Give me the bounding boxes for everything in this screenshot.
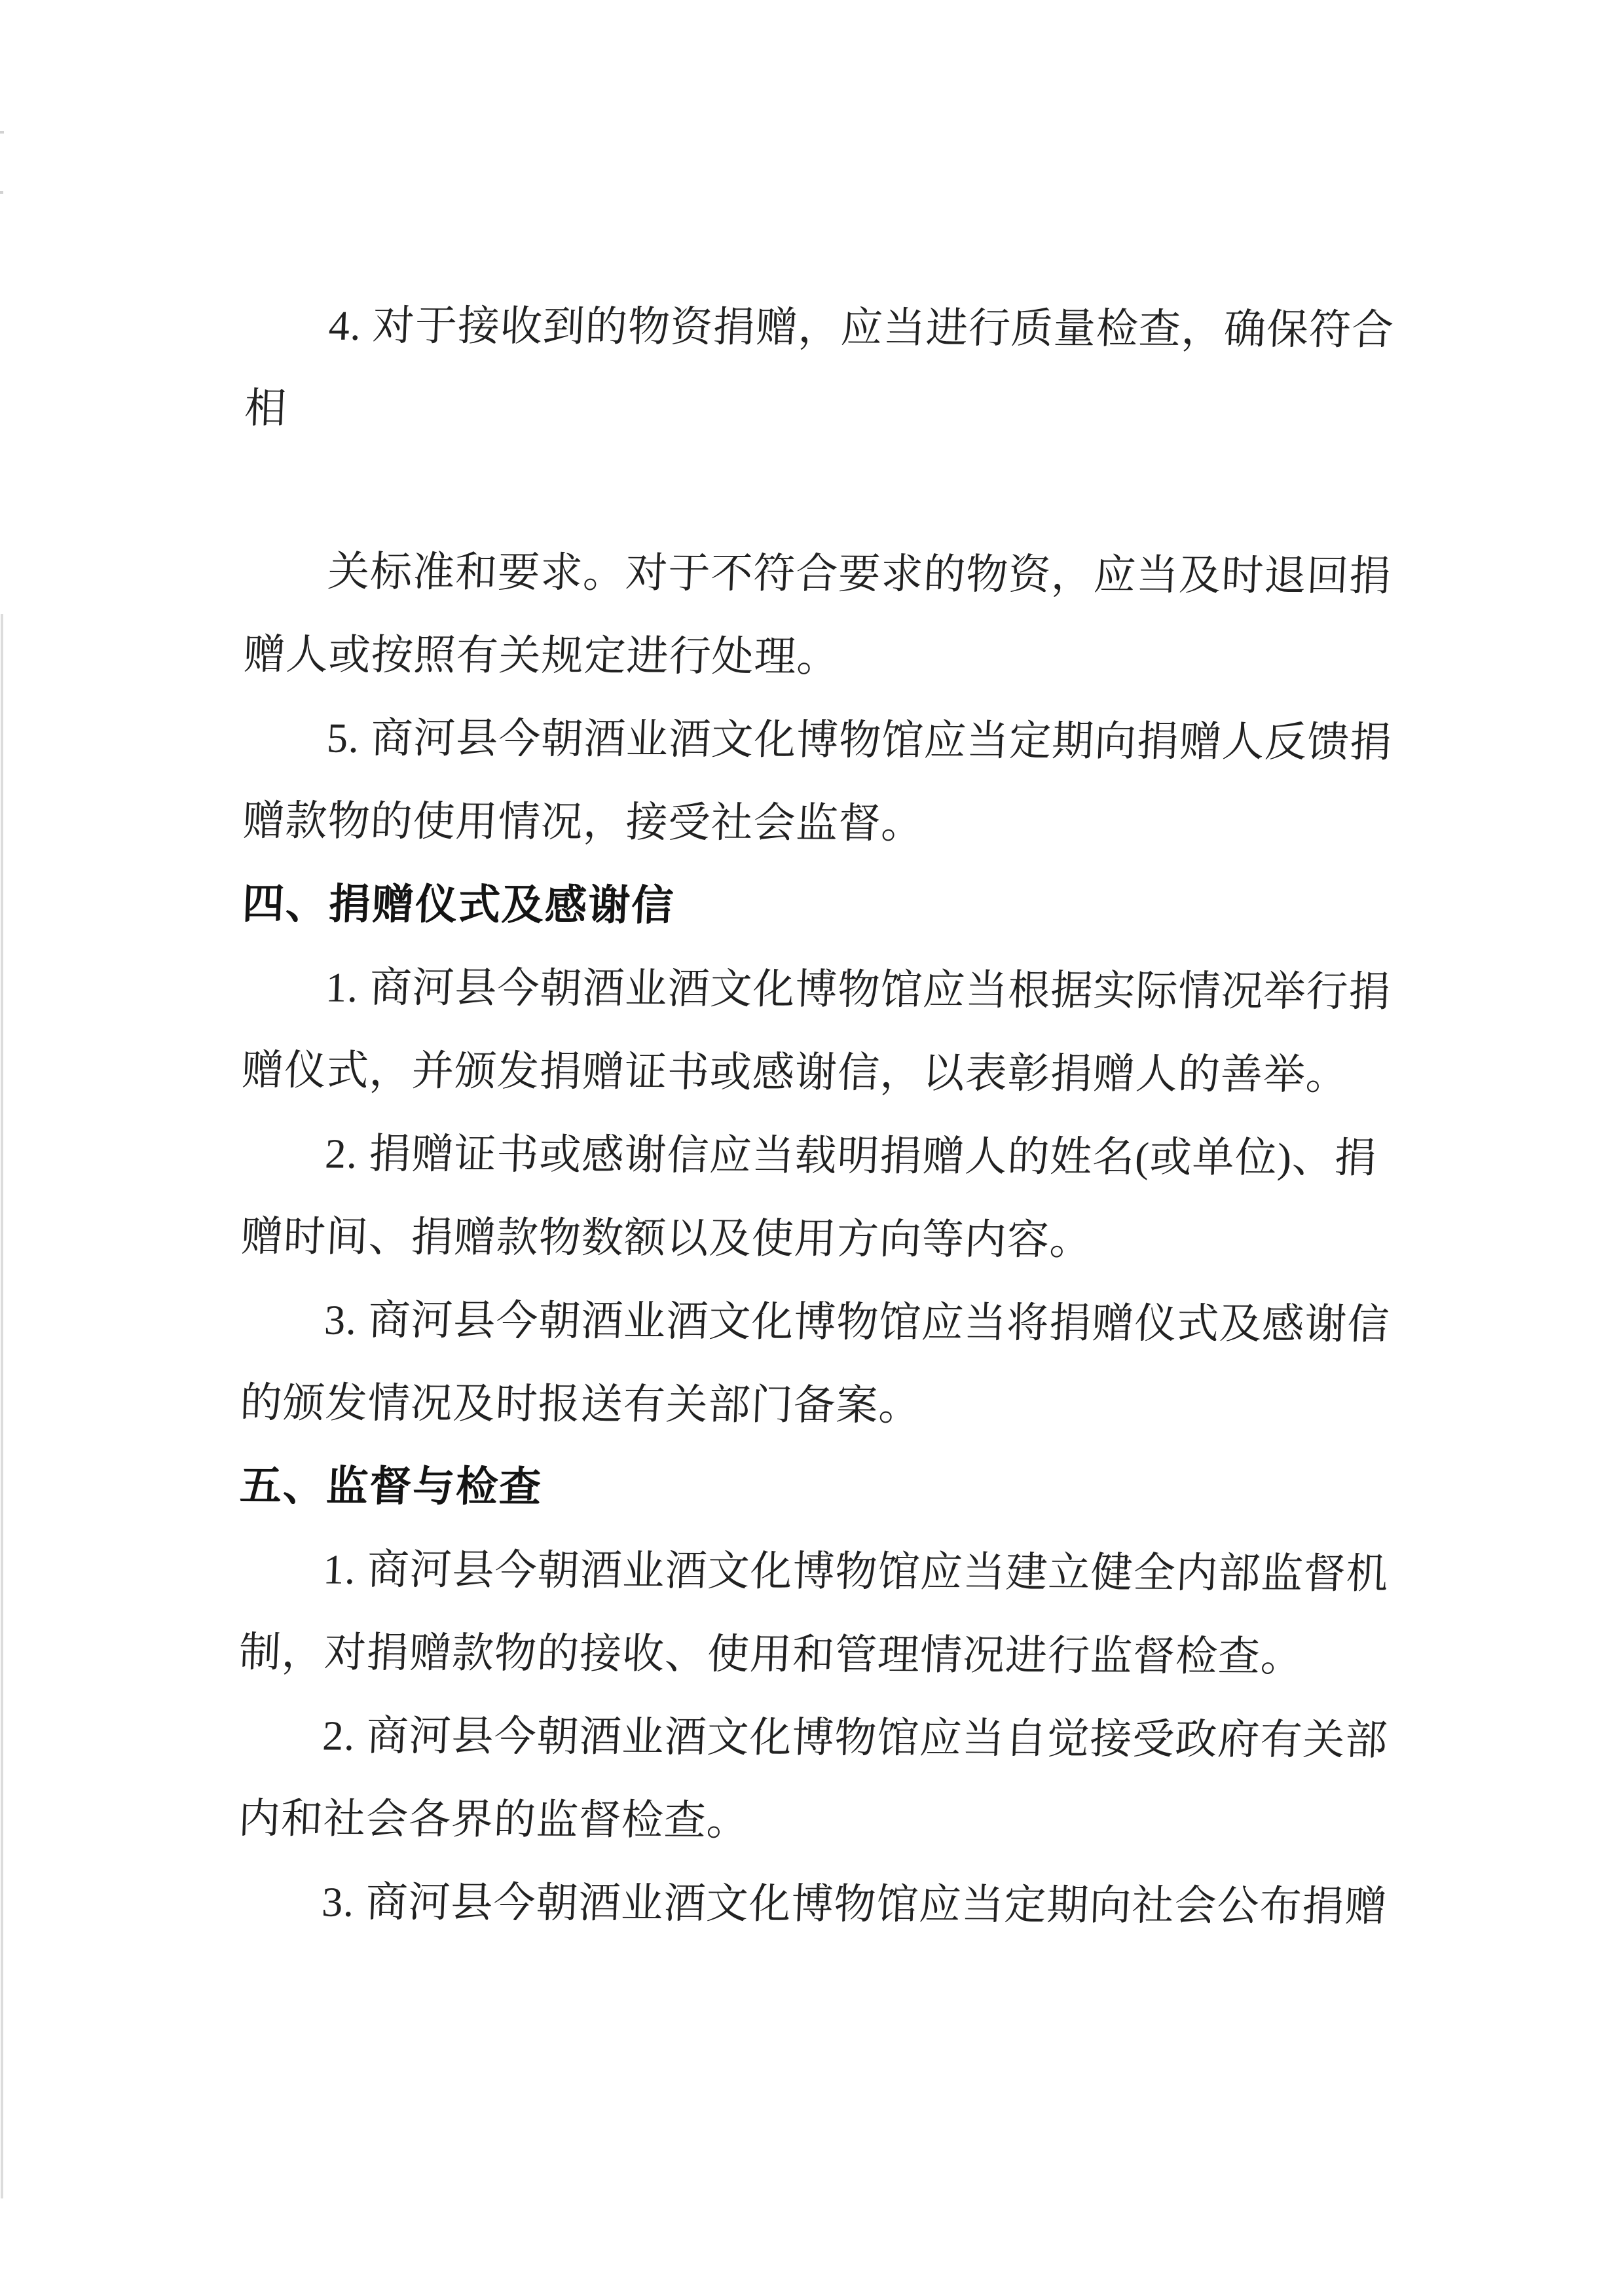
paragraph-line: 的颁发情况及时报送有关部门备案。 [238,1361,1404,1449]
paragraph-line: 4. 对于接收到的物资捐赠，应当进行质量检查，确保符合 [243,283,1409,372]
paragraph-line: 赠时间、捐赠款物数额以及使用方向等内容。 [239,1195,1405,1283]
paragraph-line: 3. 商河县今朝酒业酒文化博物馆应当定期向社会公布捐赠 [236,1860,1402,1948]
paragraph-line: 5. 商河县今朝酒业酒文化博物馆应当定期向捐赠人反馈捐 [242,696,1407,784]
paragraph-line: 1. 商河县今朝酒业酒文化博物馆应当根据实际情况举行捐 [240,945,1406,1034]
paragraph-line: 关标准和要求。对于不符合要求的物资，应当及时退回捐 [242,530,1408,618]
paragraph-line: 赠仪式，并颁发捐赠证书或感谢信，以表彰捐赠人的善举。 [240,1029,1405,1117]
paragraph-line: 赠人或按照有关规定进行处理。 [242,613,1407,701]
document-page: 4. 对于接收到的物资捐赠，应当进行质量检查，确保符合 相 关标准和要求。对于不… [0,0,1624,2296]
document-text-block: 4. 对于接收到的物资捐赠，应当进行质量检查，确保符合 相 关标准和要求。对于不… [236,283,1406,1948]
paragraph-line: 赠款物的使用情况，接受社会监督。 [241,779,1407,867]
paragraph-line: 1. 商河县今朝酒业酒文化博物馆应当建立健全内部监督机 [238,1527,1403,1616]
paragraph-line: 2. 捐赠证书或感谢信应当载明捐赠人的姓名(或单位)、捐 [240,1112,1405,1200]
paragraph-line: 制，对捐赠款物的接收、使用和管理情况进行监督检查。 [238,1611,1403,1699]
section-heading-5: 五、监督与检查 [238,1444,1404,1533]
scan-speck [0,131,4,134]
paragraph-line: 2. 商河县今朝酒业酒文化博物馆应当自觉接受政府有关部 [237,1694,1403,1782]
paragraph-line: 内和社会各界的监督检查。 [236,1777,1402,1865]
paragraph-line: 相 [243,367,1409,455]
section-heading-4: 四、捐赠仪式及感谢信 [241,862,1407,951]
paragraph-line: 3. 商河县今朝酒业酒文化博物馆应当将捐赠仪式及感谢信 [239,1278,1405,1366]
scan-artifact-line [1,614,3,2198]
scan-speck [0,191,3,194]
